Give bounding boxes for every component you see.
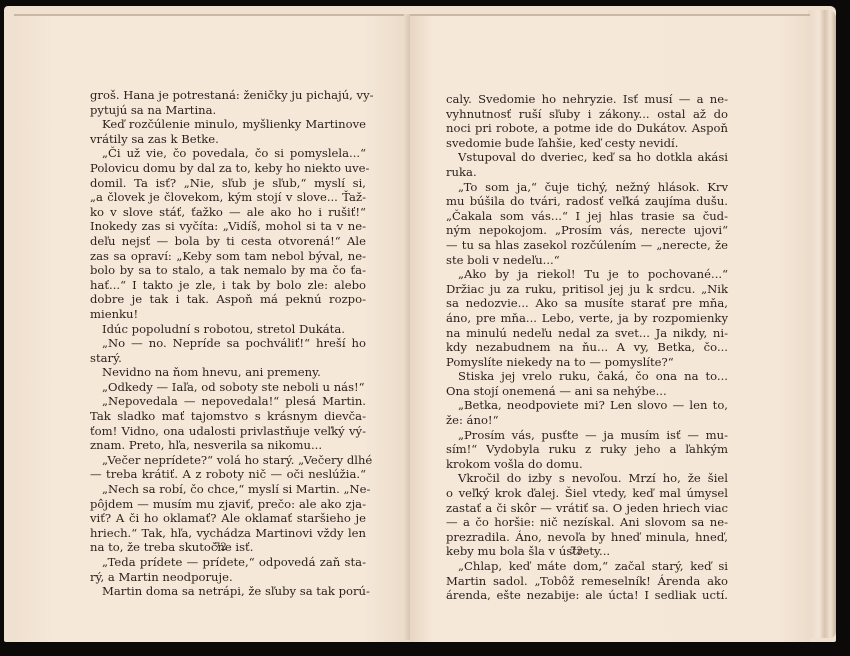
text-line: ným nepokojom. „Prosím vás, nerecte ujov… <box>446 223 728 238</box>
text-line: „Nech sa robí, čo chce,“ myslí si Martin… <box>90 482 366 497</box>
text-line: Stiska jej vrelo ruku, čaká, čo ona na t… <box>446 369 728 384</box>
text-line: sím!“ Vydobyla ruku z ruky jeho a ľahkým <box>446 442 728 457</box>
text-line: áno, pre mňa... Lebo, verte, ja by rozpo… <box>446 311 728 326</box>
text-line: „No — no. Nepríde sa pochváliť!“ hreší h… <box>90 336 366 351</box>
right-page: caly. Svedomie ho nehryzie. Isť musí — a… <box>410 14 810 642</box>
text-line: prezradila. Áno, nevoľa by hneď minula, … <box>446 530 728 545</box>
text-line: „Teda prídete — prídete,“ odpovedá zaň s… <box>90 555 366 570</box>
text-line: ste boli v nedeľu...“ <box>446 253 728 268</box>
text-line: Pomyslíte niekedy na to — pomyslíte?“ <box>446 355 728 370</box>
left-page-text: groš. Hana je potrestaná: ženičky ju pic… <box>90 88 366 599</box>
text-line: Polovicu domu by dal za to, keby ho niek… <box>90 161 366 176</box>
text-line: noci pri robote, a potme ide do Dukátov.… <box>446 121 728 136</box>
text-line: sa nedozvie... Ako sa musíte starať pre … <box>446 296 728 311</box>
text-line: Martin sadol. „Tobôž remeselník! Árenda … <box>446 574 728 589</box>
text-line: „Nepovedala — nepovedala!“ plesá Martin. <box>90 394 366 409</box>
text-line: „Chlap, keď máte dom,“ začal starý, keď … <box>446 559 728 574</box>
text-line: „a človek je človekom, kým stojí v slove… <box>90 190 366 205</box>
text-line: starý. <box>90 351 366 366</box>
text-line: caly. Svedomie ho nehryzie. Isť musí — a… <box>446 92 728 107</box>
text-line: „Odkedy — Iaľa, od soboty ste neboli u n… <box>90 380 366 395</box>
text-line: dobre je tak i tak. Aspoň má peknú rozpo… <box>90 292 366 307</box>
text-line: pôjdem — musím mu zjaviť, prečo: ale ako… <box>90 497 366 512</box>
text-line: Martin doma sa netrápi, že sľuby sa tak … <box>90 584 366 599</box>
text-line: Inokedy zas si vyčíta: „Vidíš, mohol si … <box>90 219 366 234</box>
text-line: groš. Hana je potrestaná: ženičky ju pic… <box>90 88 366 103</box>
text-line: Vkročil do izby s nevoľou. Mrzí ho, že š… <box>446 471 728 486</box>
text-line: zastať a či skôr — vrátiť sa. O jeden hr… <box>446 501 728 516</box>
text-line: — treba krátiť. A z roboty nič — oči nes… <box>90 467 366 482</box>
text-line: mu búšila do tvári, radosť veľká zaujíma… <box>446 194 728 209</box>
text-line: — tu sa hlas zasekol rozčúlením — „nerec… <box>446 238 728 253</box>
text-line: „Večer neprídete?“ volá ho starý. „Večer… <box>90 453 366 468</box>
text-line: „To som ja,“ čuje tichý, nežný hlások. K… <box>446 180 728 195</box>
page-number-right: 73 <box>570 546 583 557</box>
text-line: „Prosím vás, pusťte — ja musím isť — mu- <box>446 428 728 443</box>
text-line: „Ako by ja riekol! Tu je to pochované...… <box>446 267 728 282</box>
text-line: znam. Preto, hľa, nesverila sa nikomu... <box>90 438 366 453</box>
text-line: hriech.“ Tak, hľa, vychádza Martinovi vž… <box>90 526 366 541</box>
text-line: — a čo horšie: nič nezískal. Ani slovom … <box>446 515 728 530</box>
text-line: árenda, ešte nezabije: ale úcta! I sedli… <box>446 588 728 603</box>
text-line: „Čakala som vás...“ I jej hlas trasie sa… <box>446 209 728 224</box>
text-line: deľu nejsť — bola by ti cesta otvorená!“… <box>90 234 366 249</box>
text-line: vrátily sa zas k Betke. <box>90 132 366 147</box>
text-line: na minulú nedeľu nedal za svet... Ja nik… <box>446 326 728 341</box>
text-line: rý, a Martin neodporuje. <box>90 570 366 585</box>
text-line: vyhnutnosť ruší sľuby i zákony... ostal … <box>446 107 728 122</box>
text-line: o veľký krok ďalej. Šiel vtedy, keď mal … <box>446 486 728 501</box>
text-line: „Betka, neodpoviete mi? Len slovo — len … <box>446 398 728 413</box>
text-line: domil. Ta isť? „Nie, sľub je sľub,“ mysl… <box>90 176 366 191</box>
text-line: ťom! Vidno, ona udalosti privlastňuje ve… <box>90 424 366 439</box>
text-line: Ona stojí onemená — ani sa nehýbe... <box>446 384 728 399</box>
text-line: krokom vošla do domu. <box>446 457 728 472</box>
text-line: Vstupoval do dveriec, keď sa ho dotkla a… <box>446 150 728 165</box>
page-number-left: 72 <box>214 542 227 553</box>
text-line: keby mu bola šla v ústrety... <box>446 544 728 559</box>
text-line: Nevidno na ňom hnevu, ani premeny. <box>90 365 366 380</box>
text-line: zas sa opraví: „Keby som tam nebol býval… <box>90 249 366 264</box>
text-line: Idúc popoludní s robotou, stretol Dukáta… <box>90 322 366 337</box>
text-line: ruka. <box>446 165 728 180</box>
text-line: Držiac ju za ruku, pritisol jej ju k srd… <box>446 282 728 297</box>
text-line: pytujú sa na Martina. <box>90 103 366 118</box>
text-line: mienku! <box>90 307 366 322</box>
text-line: na to, že treba skutočne isť. <box>90 540 366 555</box>
text-line: hať...“ I takto je zle, i tak by bolo zl… <box>90 278 366 293</box>
left-page: groš. Hana je potrestaná: ženičky ju pic… <box>14 14 410 642</box>
text-line: viť? A či ho oklamať? Ale oklamať starši… <box>90 511 366 526</box>
right-page-text: caly. Svedomie ho nehryzie. Isť musí — a… <box>446 92 728 603</box>
text-line: svedomie bude ľahšie, keď cesty nevidí. <box>446 136 728 151</box>
text-line: bolo by sa to stalo, a tak nemalo by ma … <box>90 263 366 278</box>
text-line: Keď rozčúlenie minulo, myšlienky Martino… <box>90 117 366 132</box>
text-line: ko v slove stáť, ťažko — ale ako ho i ru… <box>90 205 366 220</box>
page-edges <box>808 10 836 638</box>
text-line: že: áno!“ <box>446 413 728 428</box>
text-line: „Či už vie, čo povedala, čo si pomyslela… <box>90 146 366 161</box>
text-line: kdy nezabudnem na ňu... A vy, Betka, čo.… <box>446 340 728 355</box>
text-line: Tak sladko mať tajomstvo s krásnym dievč… <box>90 409 366 424</box>
